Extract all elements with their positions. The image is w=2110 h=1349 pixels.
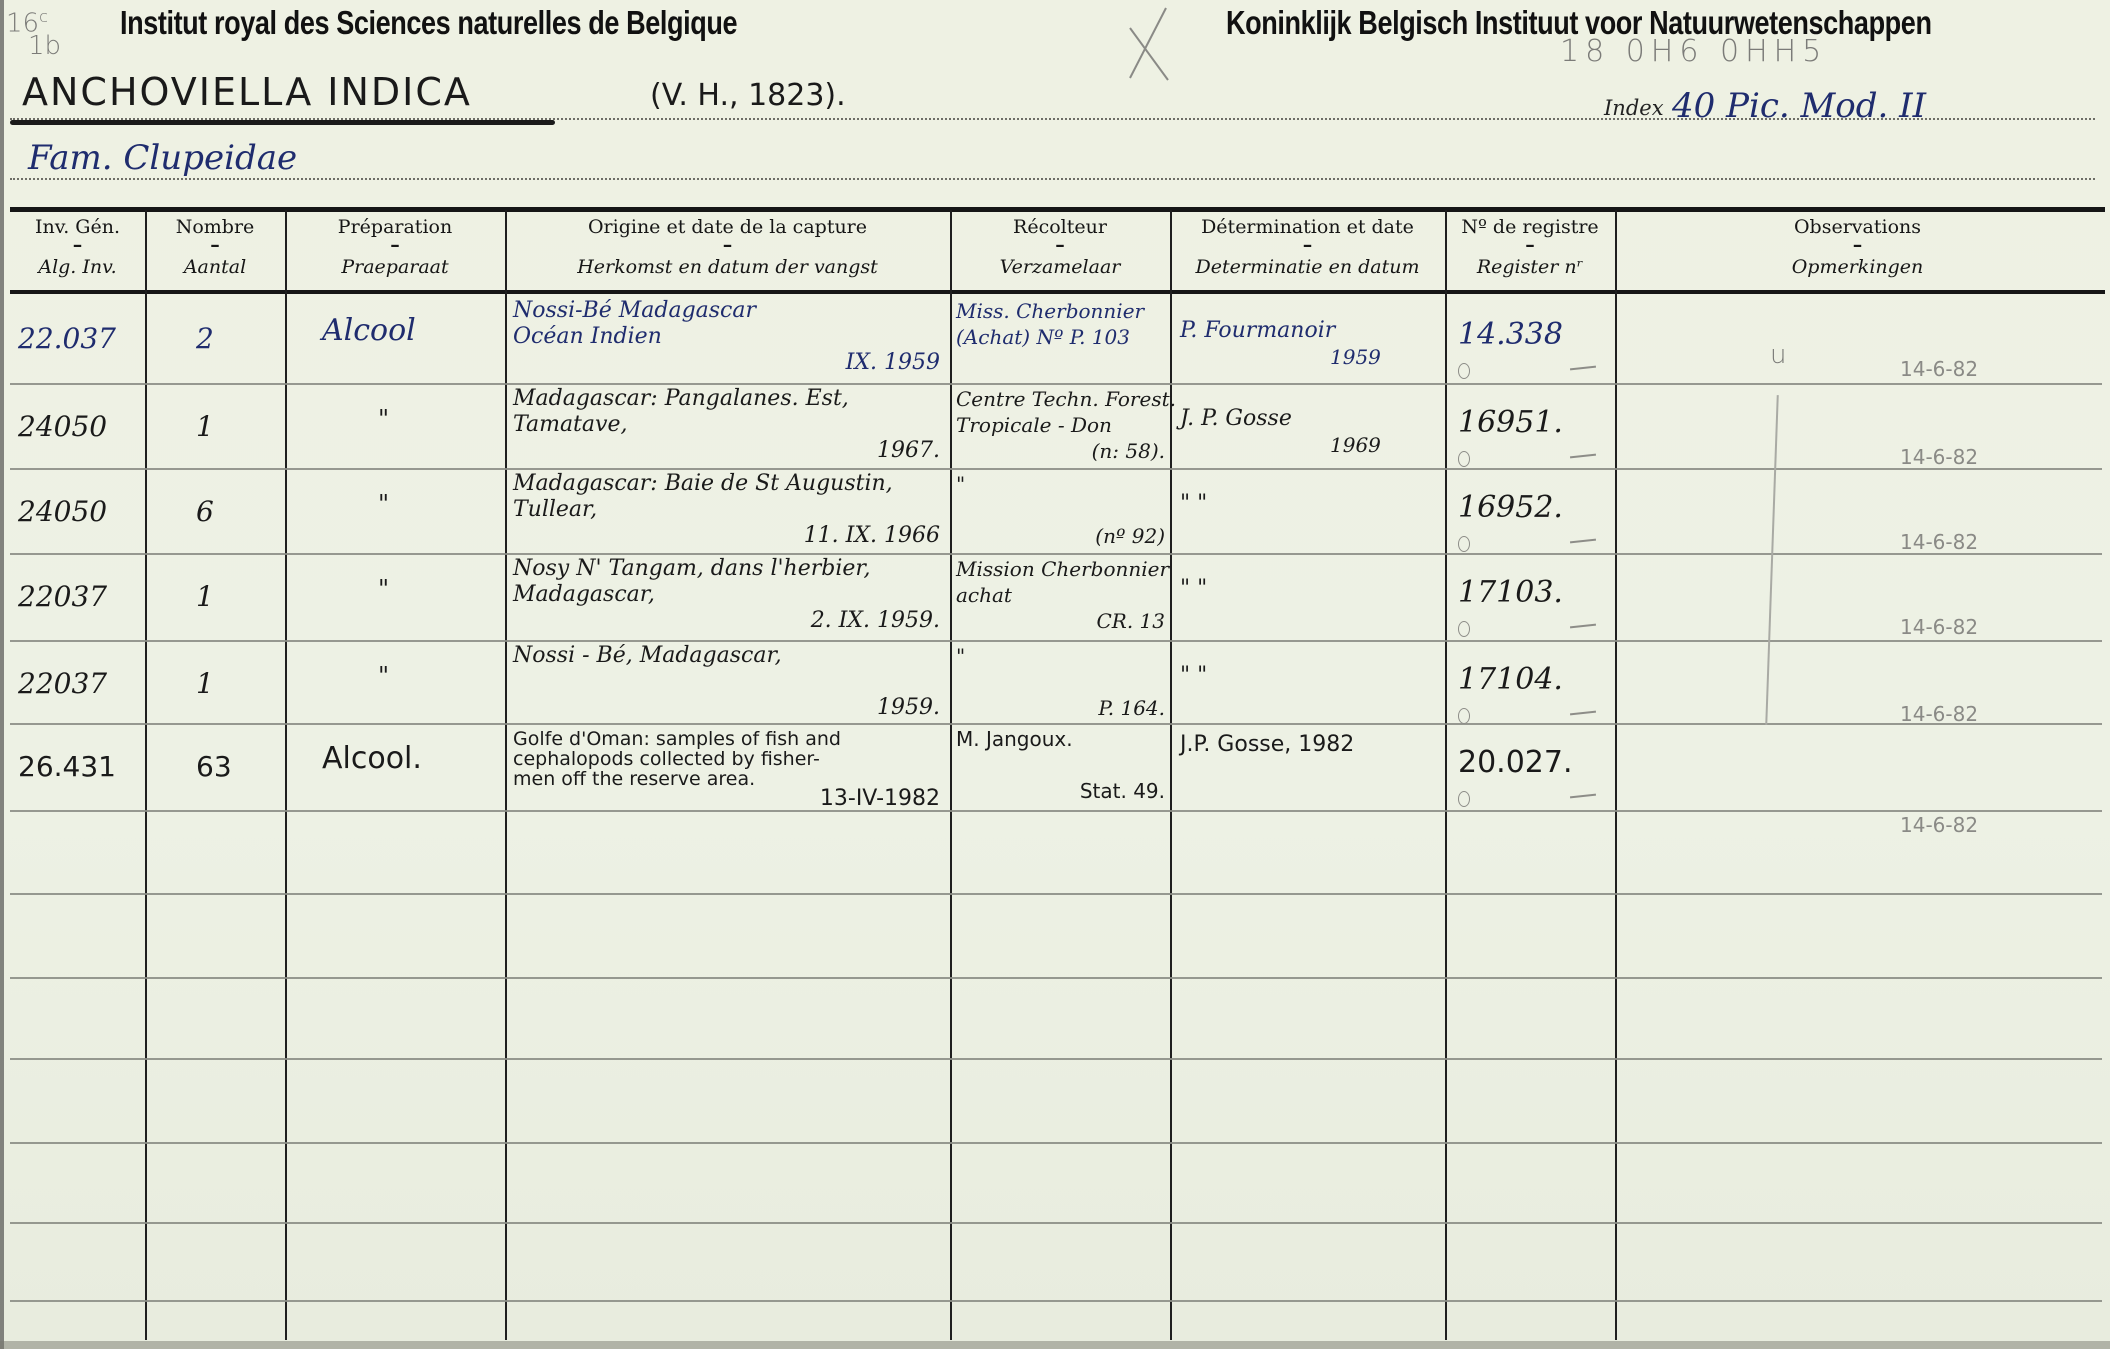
specimen-count: 63	[196, 753, 232, 781]
origin-line-1: Madagascar: Baie de St Augustin,	[513, 472, 893, 496]
column-header-nl: Aantal	[145, 256, 285, 278]
collector-line-2: (Achat) Nº P. 103	[956, 325, 1130, 349]
origin-line-1: Nossi-Bé Madagascar	[513, 299, 756, 323]
observation-date: 14-6-82	[1900, 813, 1978, 837]
collector-line-3: Stat. 49.	[920, 777, 1165, 805]
collector-line-2: achat	[956, 583, 1012, 607]
register-circle-icon	[1458, 791, 1470, 807]
header-separator: –	[1445, 238, 1615, 256]
origin-line-1: Nosy N' Tangam, dans l'herbier,	[513, 557, 870, 581]
observation-date: 14-6-82	[1900, 530, 1978, 554]
preparation: Alcool	[322, 317, 416, 345]
determination: " "	[1180, 575, 1207, 603]
row-divider	[10, 977, 2102, 979]
dotted-line-2	[10, 178, 2095, 180]
header-separator: –	[950, 238, 1170, 256]
header-separator: –	[1170, 238, 1445, 256]
origin-line-2: Tamatave,	[513, 413, 627, 437]
determination: P. Fourmanoir	[1180, 317, 1335, 345]
collector-line-3: CR. 13	[920, 607, 1165, 635]
family-name: Fam. Clupeidae	[28, 138, 297, 178]
header-separator: –	[10, 238, 145, 256]
determination: " "	[1180, 490, 1207, 518]
row-divider	[10, 1222, 2102, 1224]
observation-pencil-line	[1765, 395, 1779, 725]
column-divider	[950, 210, 952, 1340]
corner-pencil-mark: 16c 1b	[6, 6, 61, 57]
column-divider	[285, 210, 287, 1340]
column-header: Préparation–Praeparaat	[285, 214, 505, 290]
column-header: Nombre–Aantal	[145, 214, 285, 290]
determination-date: 1969	[1330, 431, 1381, 459]
table-top-rule	[10, 207, 2105, 212]
preparation: "	[378, 662, 389, 690]
observation-date: 14-6-82	[1900, 702, 1978, 726]
species-author: (V. H., 1823).	[650, 78, 846, 113]
inventory-number: 22037	[18, 670, 107, 698]
register-circle-icon	[1458, 536, 1470, 552]
register-number: 17103.	[1458, 579, 1563, 607]
column-header: Détermination et date–Determinatie en da…	[1170, 214, 1445, 290]
column-divider	[505, 210, 507, 1340]
collector-line-3: P. 164.	[920, 694, 1165, 722]
card-left-edge	[0, 0, 4, 1349]
register-dash	[1570, 539, 1596, 544]
row-divider	[10, 468, 2102, 470]
specimen-count: 1	[196, 413, 214, 441]
capture-date: 13-IV-1982	[690, 785, 940, 813]
register-number: 16952.	[1458, 494, 1563, 522]
column-header: Récolteur–Verzamelaar	[950, 214, 1170, 290]
collector-line-1: Miss. Cherbonnier	[956, 299, 1144, 323]
preparation: "	[378, 575, 389, 603]
preparation: "	[378, 490, 389, 518]
collector-line-3: (nº 92)	[920, 522, 1165, 550]
capture-date: IX. 1959	[690, 349, 940, 377]
observation-date: 14-6-82	[1900, 357, 1978, 381]
column-header: Observations–Opmerkingen	[1615, 214, 2100, 290]
inventory-number: 24050	[18, 498, 107, 526]
collector-line-2: Tropicale - Don	[956, 413, 1112, 437]
row-divider	[10, 810, 2102, 812]
collector-line-3: (n: 58).	[920, 437, 1165, 465]
register-dash	[1570, 794, 1596, 799]
column-header-nl: Register nʳ	[1445, 256, 1615, 278]
register-number: 20.027.	[1458, 749, 1573, 777]
origin-line-2: Océan Indien	[513, 325, 662, 349]
header-separator: –	[505, 238, 950, 256]
determination: " "	[1180, 662, 1207, 690]
origin-line-2: Tullear,	[513, 498, 597, 522]
column-divider	[1615, 210, 1617, 1340]
column-header: Nº de registre–Register nʳ	[1445, 214, 1615, 290]
row-divider	[10, 553, 2102, 555]
preparation: "	[378, 405, 389, 433]
observation-date: 14-6-82	[1900, 445, 1978, 469]
origin-line-2: Madagascar,	[513, 583, 655, 607]
collector-line-1: "	[956, 644, 965, 668]
specimen-index-card: Institut royal des Sciences naturelles d…	[0, 0, 2110, 1349]
row-divider	[10, 640, 2102, 642]
inventory-number: 26.431	[18, 753, 116, 781]
observation-pencil-mark: u	[1770, 340, 1786, 370]
header-bottom-rule	[10, 290, 2105, 294]
register-dash	[1570, 711, 1596, 716]
catalog-number: 18 0H6 0HH5	[1560, 34, 1827, 69]
column-header-nl: Herkomst en datum der vangst	[505, 256, 950, 278]
determination-date: 1959	[1330, 343, 1381, 371]
origin-line-1: Nossi - Bé, Madagascar,	[513, 644, 782, 668]
index-value: 40 Pic. Mod. II	[1672, 86, 1926, 126]
register-number: 16951.	[1458, 409, 1563, 437]
register-dash	[1570, 454, 1596, 459]
species-name: ANCHOVIELLA INDICA	[22, 70, 472, 114]
row-divider	[10, 1300, 2102, 1302]
capture-date: 1959.	[690, 694, 940, 722]
collector-line-1: M. Jangoux.	[956, 727, 1073, 751]
specimen-count: 1	[196, 670, 214, 698]
corner-mark-bottom: 1b	[28, 31, 61, 61]
institution-name-fr: Institut royal des Sciences naturelles d…	[120, 4, 737, 42]
inventory-number: 22037	[18, 583, 107, 611]
register-circle-icon	[1458, 363, 1470, 379]
collector-line-1: Centre Techn. Forest.	[956, 387, 1176, 411]
header-separator: –	[1615, 238, 2100, 256]
row-divider	[10, 893, 2102, 895]
cross-mark-icon	[1122, 6, 1182, 81]
row-divider	[10, 383, 2102, 385]
header-separator: –	[145, 238, 285, 256]
index-label: Index	[1604, 96, 1664, 120]
header-separator: –	[285, 238, 505, 256]
column-header-nl: Opmerkingen	[1615, 256, 2100, 278]
register-number: 17104.	[1458, 666, 1563, 694]
collector-line-1: Mission Cherbonnier	[956, 557, 1169, 581]
register-circle-icon	[1458, 708, 1470, 724]
register-number: 14.338	[1458, 321, 1563, 349]
inventory-number: 22.037	[18, 325, 116, 353]
card-bottom-edge	[0, 1341, 2110, 1349]
specimen-count: 2	[196, 325, 214, 353]
column-header-nl: Praeparaat	[285, 256, 505, 278]
column-divider	[1170, 210, 1172, 1340]
preparation: Alcool.	[322, 745, 422, 773]
row-divider	[10, 723, 2102, 725]
collector-line-1: "	[956, 472, 965, 496]
capture-date: 2. IX. 1959.	[690, 607, 940, 635]
column-header: Inv. Gén.–Alg. Inv.	[10, 214, 145, 290]
column-header-nl: Determinatie en datum	[1170, 256, 1445, 278]
register-dash	[1570, 366, 1596, 371]
register-circle-icon	[1458, 621, 1470, 637]
origin-line-1: Madagascar: Pangalanes. Est,	[513, 387, 849, 411]
specimen-count: 6	[196, 498, 214, 526]
inventory-number: 24050	[18, 413, 107, 441]
register-dash	[1570, 624, 1596, 629]
capture-date: 11. IX. 1966	[690, 522, 940, 550]
species-underline	[10, 120, 555, 125]
determination: J.P. Gosse, 1982	[1180, 731, 1354, 759]
row-divider	[10, 1142, 2102, 1144]
column-header-nl: Verzamelaar	[950, 256, 1170, 278]
register-circle-icon	[1458, 451, 1470, 467]
determination: J. P. Gosse	[1180, 405, 1292, 433]
column-divider	[1445, 210, 1447, 1340]
specimen-count: 1	[196, 583, 214, 611]
column-header-nl: Alg. Inv.	[10, 256, 145, 278]
row-divider	[10, 1058, 2102, 1060]
observation-date: 14-6-82	[1900, 615, 1978, 639]
column-header: Origine et date de la capture–Herkomst e…	[505, 214, 950, 290]
corner-mark-sup: c	[39, 7, 48, 26]
capture-date: 1967.	[690, 437, 940, 465]
column-divider	[145, 210, 147, 1340]
